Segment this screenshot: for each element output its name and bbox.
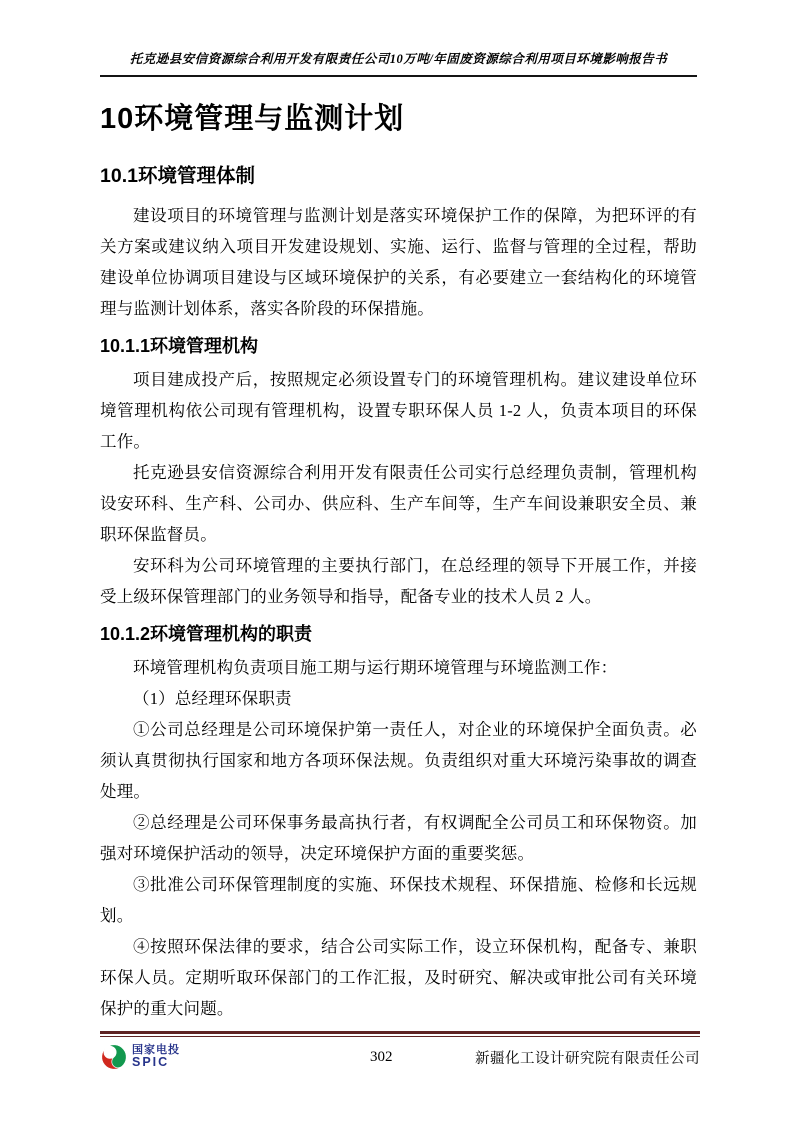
- spic-logo: 国家电投 SPIC: [100, 1043, 288, 1071]
- paragraph: （1）总经理环保职责: [100, 683, 697, 714]
- heading-10-1: 10.1环境管理体制: [100, 162, 697, 190]
- page-footer: 国家电投 SPIC 302 新疆化工设计研究院有限责任公司: [100, 1031, 700, 1071]
- paragraph: 托克逊县安信资源综合利用开发有限责任公司实行总经理负责制，管理机构设安环科、生产…: [100, 457, 697, 550]
- paragraph: ④按照环保法律的要求，结合公司实际工作，设立环保机构，配备专、兼职环保人员。定期…: [100, 931, 697, 1024]
- document-body: 10.1环境管理体制建设项目的环境管理与监测计划是落实环境保护工作的保障，为把环…: [100, 162, 697, 1024]
- paragraph: 建设项目的环境管理与监测计划是落实环境保护工作的保障，为把环评的有关方案或建议纳…: [100, 200, 697, 324]
- paragraph: 环境管理机构负责项目施工期与运行期环境管理与环境监测工作：: [100, 652, 697, 683]
- page-number: 302: [288, 1049, 476, 1066]
- spic-logo-text: 国家电投 SPIC: [132, 1045, 180, 1070]
- page-header: 托克逊县安信资源综合利用开发有限责任公司10万吨/年固废资源综合利用项目环境影响…: [100, 50, 697, 77]
- document-page: 托克逊县安信资源综合利用开发有限责任公司10万吨/年固废资源综合利用项目环境影响…: [0, 0, 793, 1122]
- heading-10-1-1: 10.1.1环境管理机构: [100, 332, 697, 360]
- paragraph: ①公司总经理是公司环境保护第一责任人，对企业的环境保护全面负责。必须认真贯彻执行…: [100, 714, 697, 807]
- footer-divider: [100, 1031, 700, 1037]
- heading-10-1-2: 10.1.2环境管理机构的职责: [100, 620, 697, 648]
- chapter-title: 10环境管理与监测计划: [100, 96, 697, 142]
- spic-logo-en: SPIC: [132, 1056, 180, 1069]
- paragraph: 项目建成投产后，按照规定必须设置专门的环境管理机构。建议建设单位环境管理机构依公…: [100, 364, 697, 457]
- paragraph: 安环科为公司环境管理的主要执行部门，在总经理的领导下开展工作，并接受上级环保管理…: [100, 550, 697, 612]
- document-body-wrapper: 10环境管理与监测计划 10.1环境管理体制建设项目的环境管理与监测计划是落实环…: [100, 96, 697, 1024]
- paragraph: ③批准公司环保管理制度的实施、环保技术规程、环保措施、检修和长远规划。: [100, 869, 697, 931]
- footer-left: 国家电投 SPIC: [100, 1043, 288, 1071]
- footer-company: 新疆化工设计研究院有限责任公司: [475, 1047, 700, 1068]
- footer-row: 国家电投 SPIC 302 新疆化工设计研究院有限责任公司: [100, 1043, 700, 1071]
- paragraph: ②总经理是公司环保事务最高执行者，有权调配全公司员工和环保物资。加强对环境保护活…: [100, 807, 697, 869]
- spic-swirl-icon: [100, 1043, 128, 1071]
